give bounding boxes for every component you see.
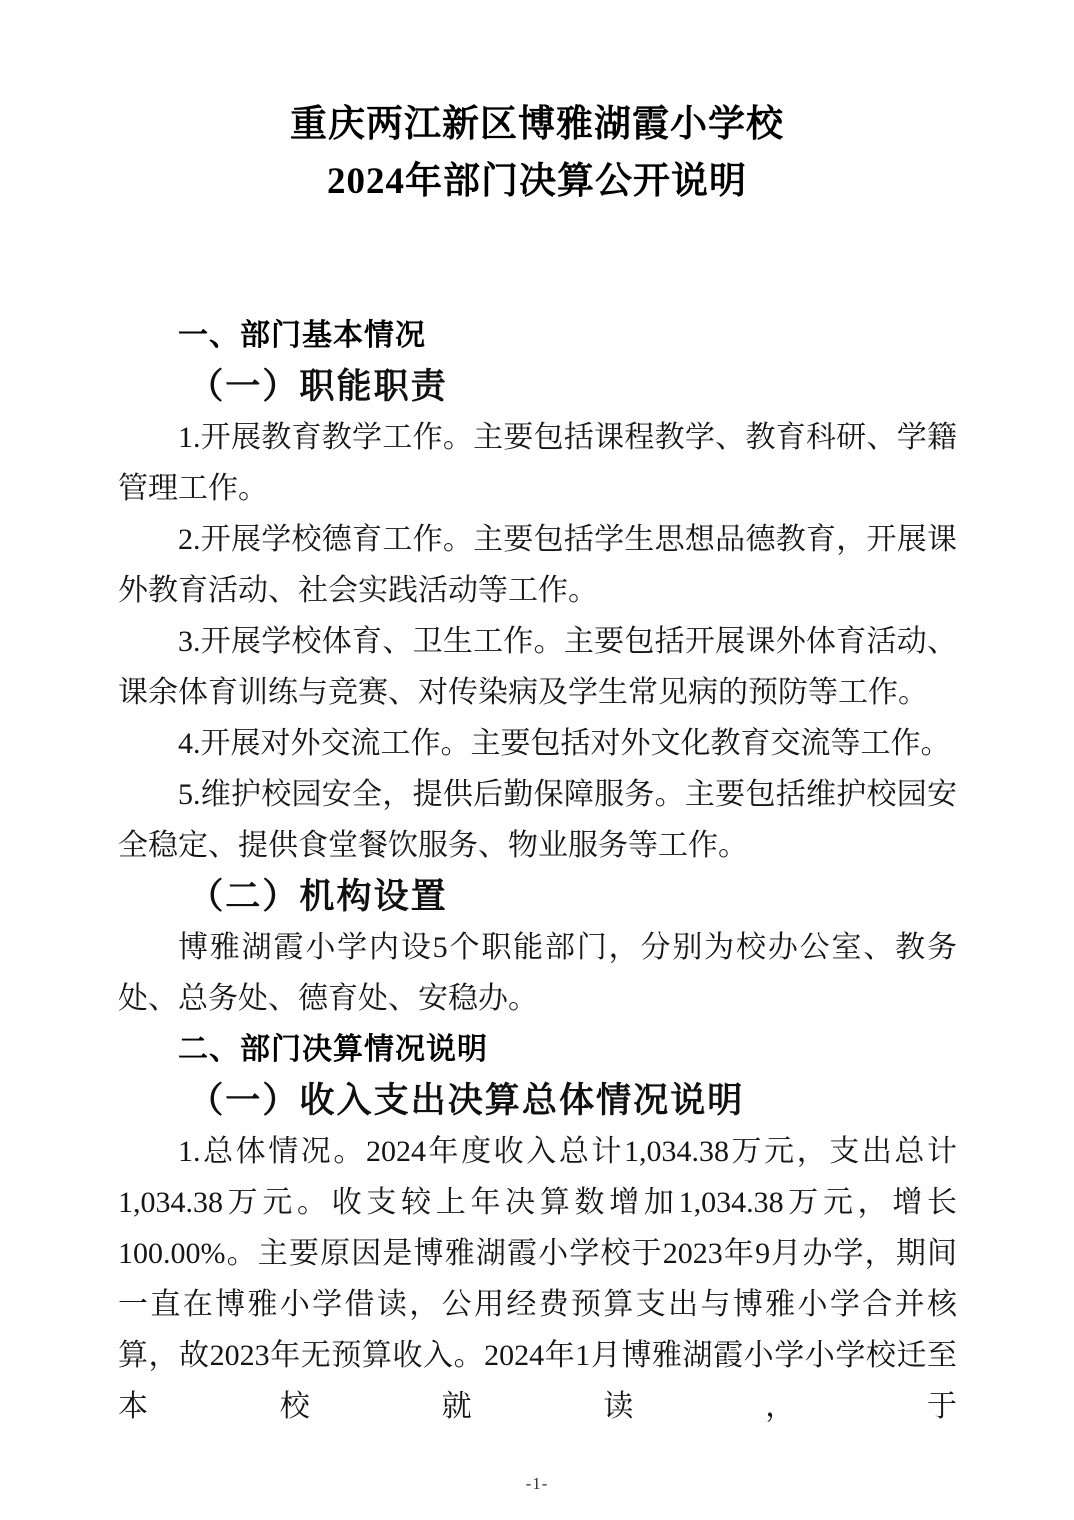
section-heading-basic-info: 一、部门基本情况 xyxy=(118,310,957,361)
document-title-line1: 重庆两江新区博雅湖霞小学校 xyxy=(0,96,1074,153)
body-paragraph: 3.开展学校体育、卫生工作。主要包括开展课外体育活动、课余体育训练与竞赛、对传染… xyxy=(118,616,957,718)
body-paragraph: 4.开展对外交流工作。主要包括对外文化教育交流等工作。 xyxy=(118,718,957,769)
body-paragraph: 1.开展教育教学工作。主要包括课程教学、教育科研、学籍管理工作。 xyxy=(118,412,957,514)
body-paragraph: 2.开展学校德育工作。主要包括学生思想品德教育，开展课外教育活动、社会实践活动等… xyxy=(118,514,957,616)
page-number: -1- xyxy=(0,1474,1074,1494)
body-paragraph: 1.总体情况。2024年度收入总计1,034.38万元，支出总计1,034.38… xyxy=(118,1126,957,1432)
sub-heading-duties: （一）职能职责 xyxy=(118,361,957,412)
body-paragraph: 5.维护校园安全，提供后勤保障服务。主要包括维护校园安全稳定、提供食堂餐饮服务、… xyxy=(118,769,957,871)
document-body: 一、部门基本情况 （一）职能职责 1.开展教育教学工作。主要包括课程教学、教育科… xyxy=(118,310,957,1432)
sub-heading-income-expense-overview: （一）收入支出决算总体情况说明 xyxy=(118,1075,957,1126)
sub-heading-organization: （二）机构设置 xyxy=(118,871,957,922)
document-title-line2: 2024年部门决算公开说明 xyxy=(0,153,1074,210)
section-heading-final-accounts: 二、部门决算情况说明 xyxy=(118,1024,957,1075)
body-paragraph: 博雅湖霞小学内设5个职能部门，分别为校办公室、教务处、总务处、德育处、安稳办。 xyxy=(118,922,957,1024)
document-title: 重庆两江新区博雅湖霞小学校 2024年部门决算公开说明 xyxy=(0,96,1074,210)
document-page: 重庆两江新区博雅湖霞小学校 2024年部门决算公开说明 一、部门基本情况 （一）… xyxy=(0,0,1074,1520)
